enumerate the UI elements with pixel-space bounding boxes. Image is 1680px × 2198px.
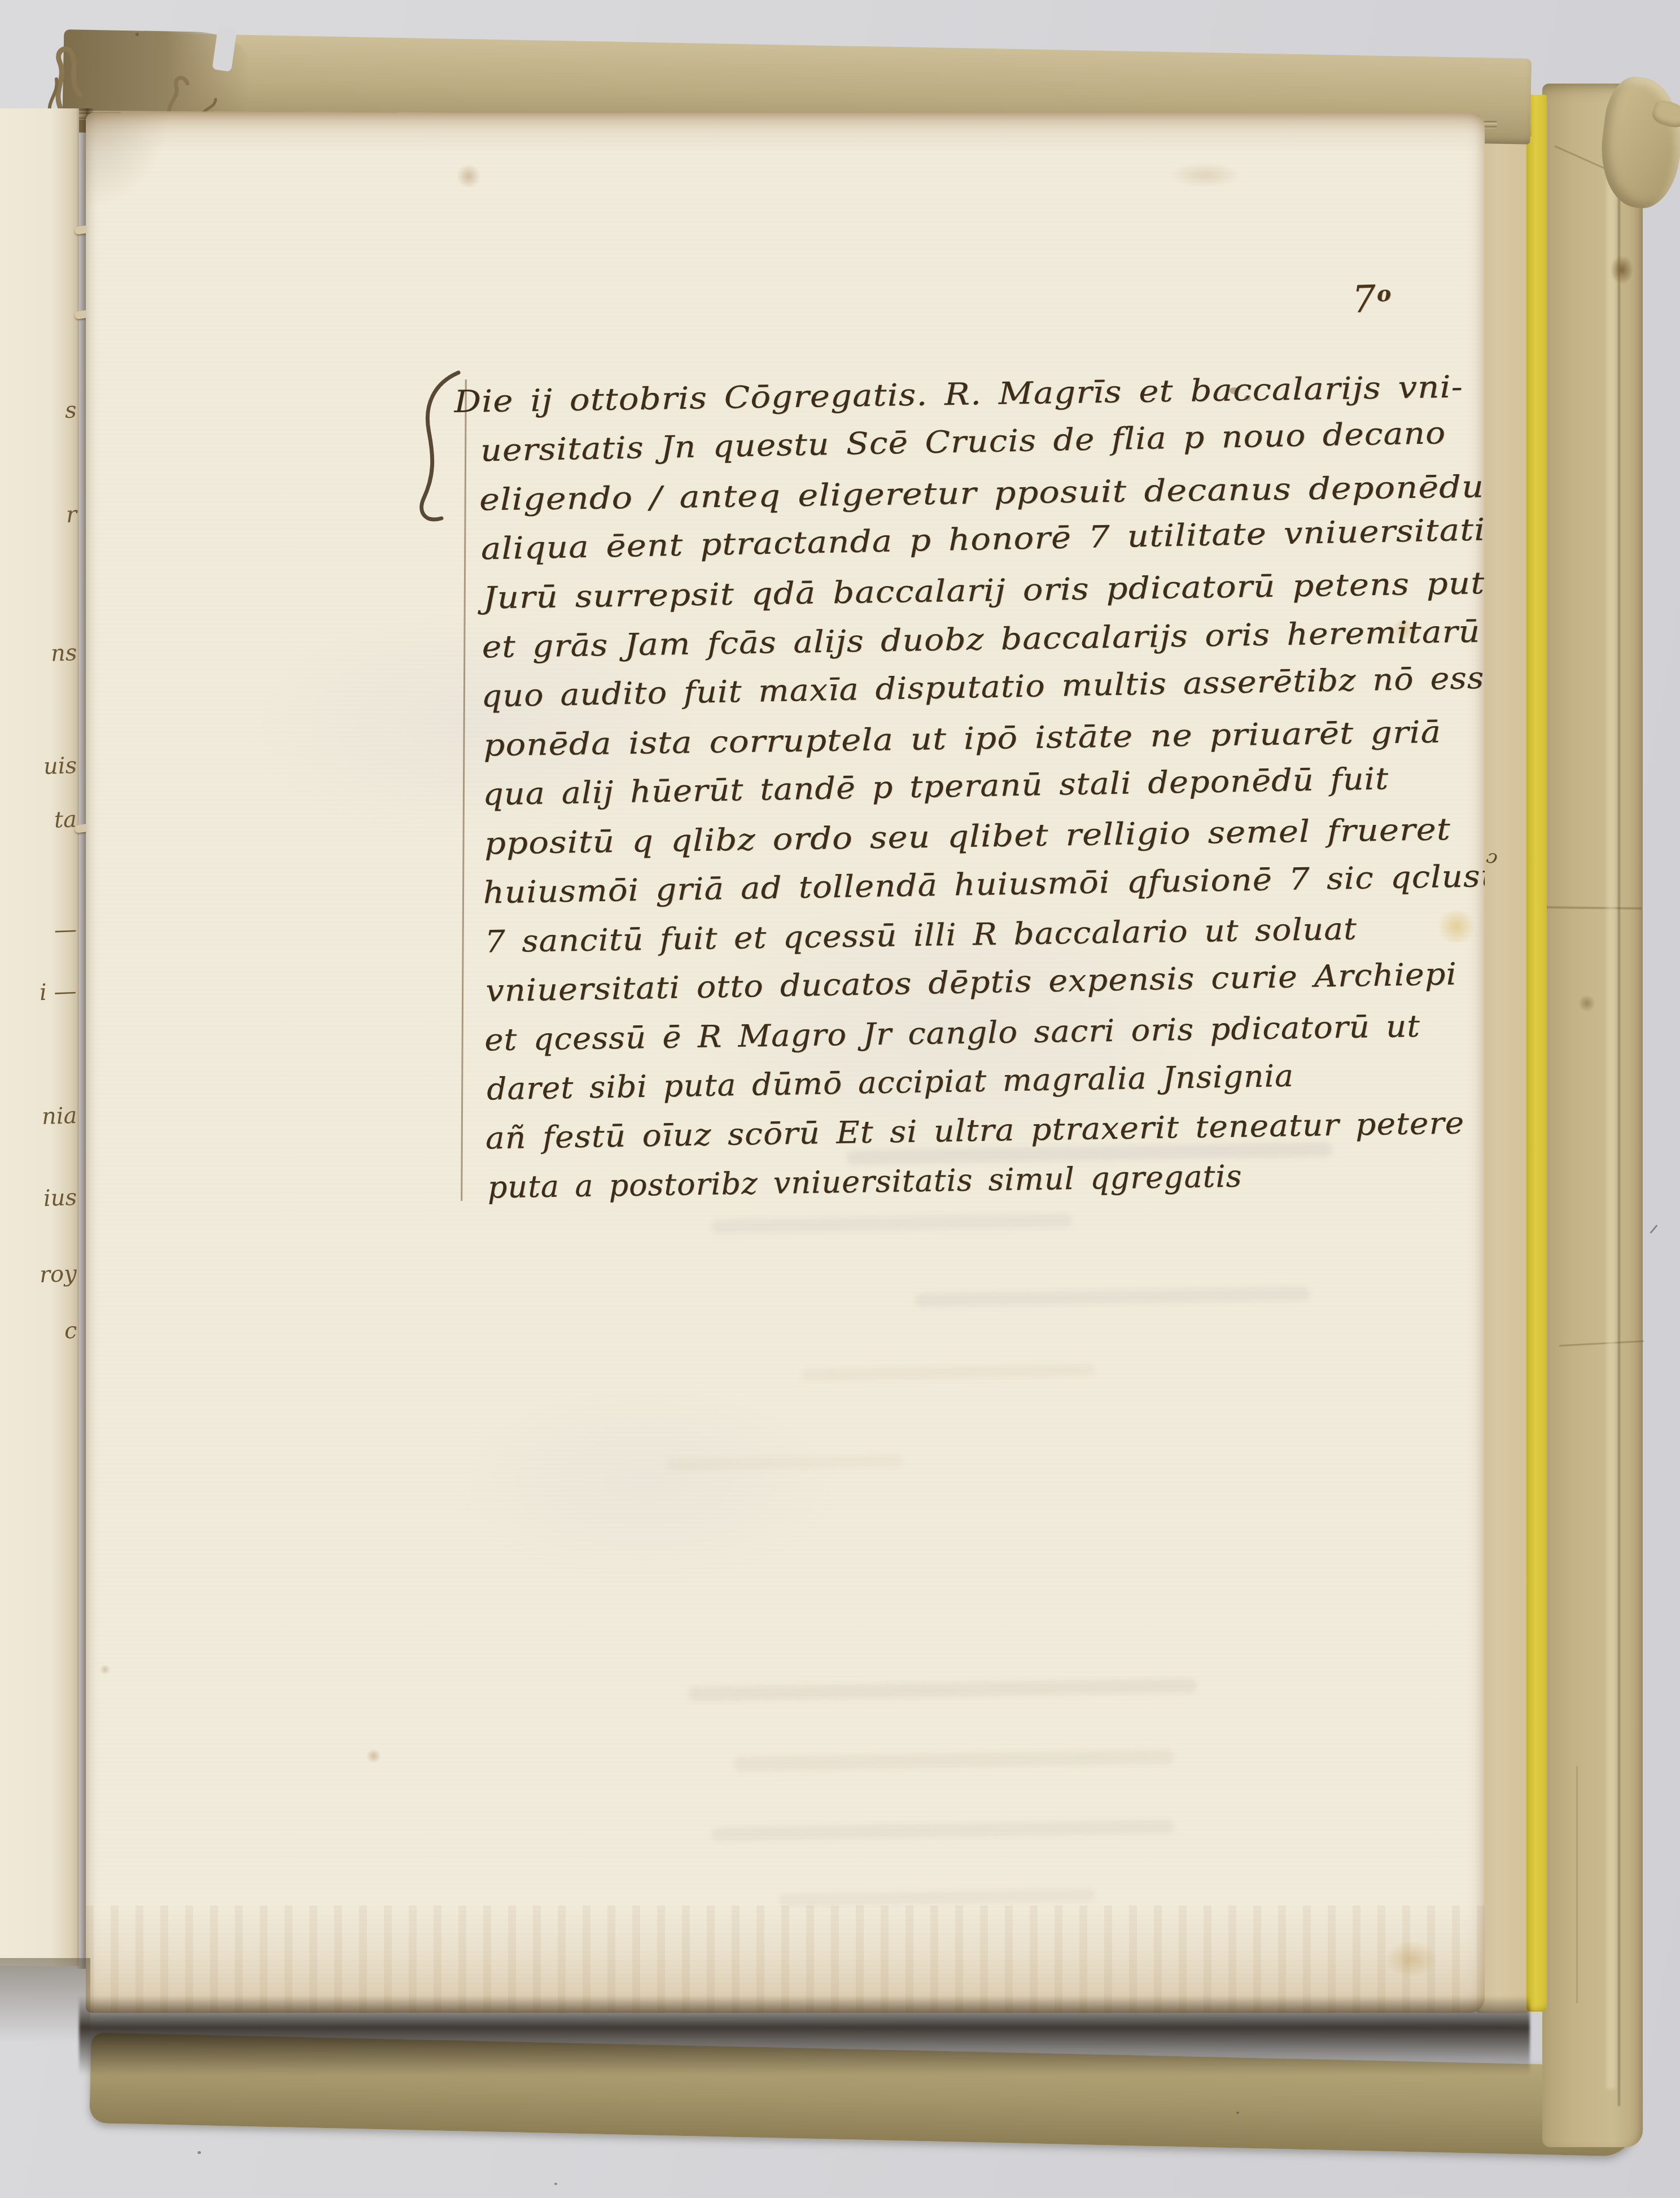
paper-stain <box>1169 163 1242 187</box>
paper-stain <box>456 165 482 187</box>
cover-ink-blotch <box>1610 255 1634 285</box>
facing-line-fragment: s <box>65 399 77 422</box>
parchment-cover <box>1542 84 1643 2147</box>
page-bottom-shadow <box>79 1996 1530 2075</box>
handwritten-text-block: Die ij ottobris Cōgregatis. R. Magrīs et… <box>447 366 1485 1212</box>
folio-number-superscript: o <box>1376 281 1392 307</box>
facing-line-fragment: ius <box>43 1186 77 1210</box>
corner-shading <box>86 113 170 209</box>
facing-line-fragment: — <box>54 918 77 941</box>
facing-line-fragment: r <box>65 504 77 527</box>
page-bottom-shadow-left <box>0 1958 90 2043</box>
folio-number: 7o <box>1351 275 1392 318</box>
cover-fold-line <box>1618 107 1620 2106</box>
facing-line-fragment: ns <box>50 641 77 665</box>
facing-line-fragment: i — <box>40 980 77 1004</box>
dust-hair <box>1650 1225 1658 1234</box>
cover-crease <box>1559 1340 1644 1347</box>
yellow-page-edge-right <box>1526 95 1547 2012</box>
facing-line-fragment: ta <box>54 808 77 831</box>
cover-crease <box>1576 1766 1578 2003</box>
cover-fold-highlight <box>1607 113 1616 2089</box>
paper-stain <box>1384 1941 1438 1977</box>
cover-crease <box>1546 906 1642 910</box>
facing-line-fragment: uis <box>43 754 77 778</box>
facing-line-fragment: roy <box>40 1262 77 1286</box>
facing-line-fragment: c <box>64 1319 77 1343</box>
cover-spot <box>1578 995 1595 1012</box>
dust-speck <box>135 33 139 36</box>
top-edge-stain <box>86 113 1485 152</box>
folio-number-main: 7 <box>1351 277 1377 321</box>
paper-stain <box>99 1664 111 1675</box>
paper-stain <box>366 1749 382 1763</box>
dust-speck <box>554 2183 557 2185</box>
manuscript-page: 7o Die ij ottobris Cōgregatis. R. Magrīs… <box>86 113 1485 2013</box>
dust-speck <box>1236 2112 1239 2114</box>
scanned-manuscript-photo: ɔ srnsuista—i —niaiusroyc <box>0 0 1680 2198</box>
under-page-ink-mark: ɔ <box>1485 846 1500 868</box>
dust-speck <box>198 2151 201 2154</box>
facing-line-fragment: nia <box>41 1104 77 1128</box>
facing-page-edge: srnsuista—i —niaiusroyc <box>0 108 79 1966</box>
